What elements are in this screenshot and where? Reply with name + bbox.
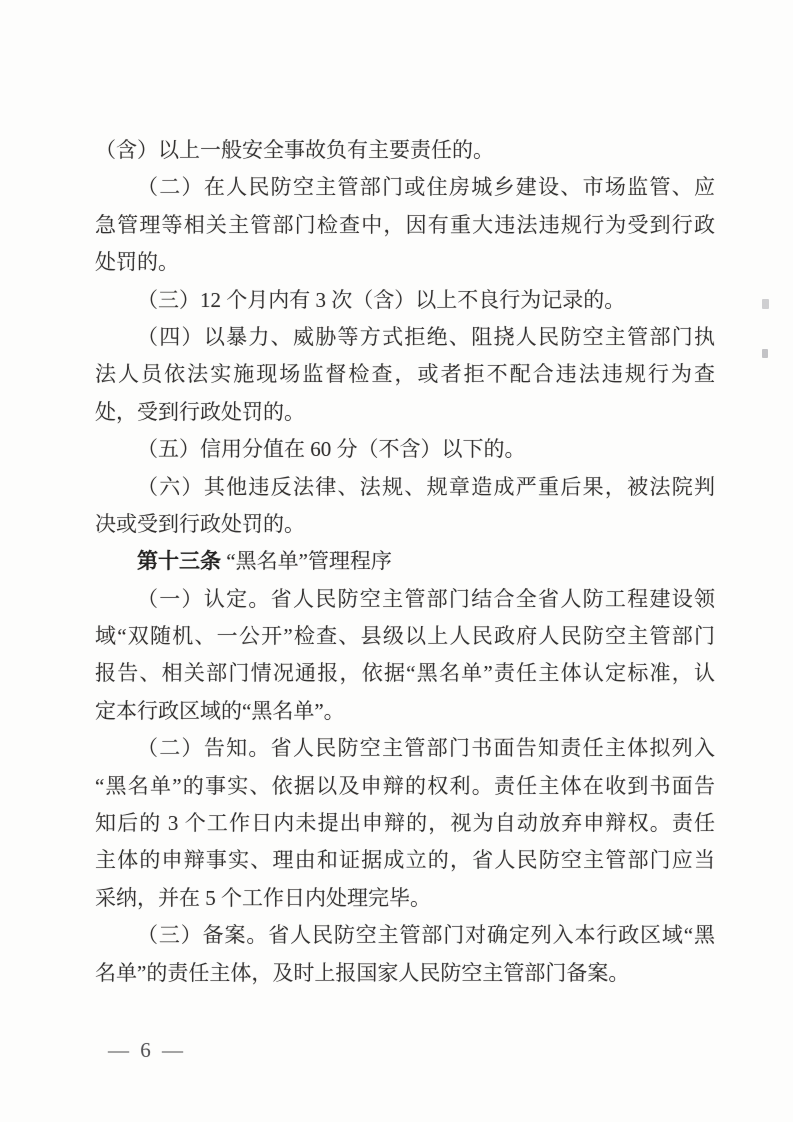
text-segment: 域“双随机、一公开”检查、县级以上人民政府人民防空主管部门 [95,624,715,648]
text-line: 知后的 3 个工作日内未提出申辩的，视为自动放弃申辩权。责任 [95,805,715,842]
article-heading-number: 第十三条 [137,550,221,573]
text-segment: （二）告知。省人民防空主管部门书面告知责任主体拟列入 [137,736,715,760]
text-segment: （含）以上一般安全事故负有主要责任的。 [95,138,494,162]
text-line: 处，受到行政处罚的。 [95,394,715,431]
text-line: （三）备案。省人民防空主管部门对确定列入本行政区域“黑 [95,917,715,954]
text-segment: （三）12 个月内有 3 次（含）以上不良行为记录的。 [137,288,625,312]
page-number: — 6 — [108,1036,186,1064]
text-segment: 处，受到行政处罚的。 [95,400,305,424]
text-segment: （四）以暴力、威胁等方式拒绝、阻挠人民防空主管部门执 [137,325,715,349]
text-line: （三）12 个月内有 3 次（含）以上不良行为记录的。 [95,282,715,319]
text-line: 急管理等相关主管部门检查中，因有重大违法违规行为受到行政 [95,207,715,244]
text-line: （含）以上一般安全事故负有主要责任的。 [95,132,715,169]
text-line: “黑名单”的事实、依据以及申辩的权利。责任主体在收到书面告 [95,768,715,805]
text-segment: “黑名单”管理程序 [221,549,392,573]
text-segment: 采纳，并在 5 个工作日内处理完毕。 [95,886,431,910]
text-line: 第十三条 “黑名单”管理程序 [95,543,715,580]
text-line: 域“双随机、一公开”检查、县级以上人民政府人民防空主管部门 [95,618,715,655]
text-segment: 报告、相关部门情况通报，依据“黑名单”责任主体认定标准，认 [95,661,715,685]
scan-artifact-top [762,299,769,309]
text-line: 决或受到行政处罚的。 [95,506,715,543]
text-segment: （二）在人民防空主管部门或住房城乡建设、市场监管、应 [137,175,715,199]
text-segment: 名单”的责任主体，及时上报国家人民防空主管部门备案。 [95,961,629,985]
text-segment: “黑名单”的事实、依据以及申辩的权利。责任主体在收到书面告 [95,774,715,798]
text-segment: 知后的 3 个工作日内未提出申辩的，视为自动放弃申辩权。责任 [95,811,715,835]
document-body: （含）以上一般安全事故负有主要责任的。（二）在人民防空主管部门或住房城乡建设、市… [95,132,715,992]
text-line: （六）其他违反法律、法规、规章造成严重后果，被法院判 [95,469,715,506]
text-line: 处罚的。 [95,244,715,281]
text-line: （一）认定。省人民防空主管部门结合全省人防工程建设领 [95,581,715,618]
text-segment: （三）备案。省人民防空主管部门对确定列入本行政区域“黑 [137,923,715,947]
scan-artifact-bottom [762,349,768,358]
text-line: 采纳，并在 5 个工作日内处理完毕。 [95,880,715,917]
text-line: 报告、相关部门情况通报，依据“黑名单”责任主体认定标准，认 [95,655,715,692]
text-line: （二）告知。省人民防空主管部门书面告知责任主体拟列入 [95,730,715,767]
text-line: （四）以暴力、威胁等方式拒绝、阻挠人民防空主管部门执 [95,319,715,356]
text-segment: 法人员依法实施现场监督检查，或者拒不配合违法违规行为查 [95,362,715,386]
text-segment: （六）其他违反法律、法规、规章造成严重后果，被法院判 [137,475,715,499]
text-segment: 急管理等相关主管部门检查中，因有重大违法违规行为受到行政 [95,213,715,237]
text-line: （二）在人民防空主管部门或住房城乡建设、市场监管、应 [95,169,715,206]
text-segment: 主体的申辩事实、理由和证据成立的，省人民防空主管部门应当 [95,848,715,872]
text-line: 法人员依法实施现场监督检查，或者拒不配合违法违规行为查 [95,356,715,393]
text-line: 定本行政区域的“黑名单”。 [95,693,715,730]
text-segment: 定本行政区域的“黑名单”。 [95,699,345,723]
text-segment: 处罚的。 [95,250,179,274]
text-segment: 决或受到行政处罚的。 [95,512,305,536]
text-line: 名单”的责任主体，及时上报国家人民防空主管部门备案。 [95,955,715,992]
text-segment: （五）信用分值在 60 分（不含）以下的。 [137,437,526,461]
text-line: 主体的申辩事实、理由和证据成立的，省人民防空主管部门应当 [95,842,715,879]
text-segment: （一）认定。省人民防空主管部门结合全省人防工程建设领 [137,587,715,611]
document-page: （含）以上一般安全事故负有主要责任的。（二）在人民防空主管部门或住房城乡建设、市… [0,0,793,1122]
text-line: （五）信用分值在 60 分（不含）以下的。 [95,431,715,468]
